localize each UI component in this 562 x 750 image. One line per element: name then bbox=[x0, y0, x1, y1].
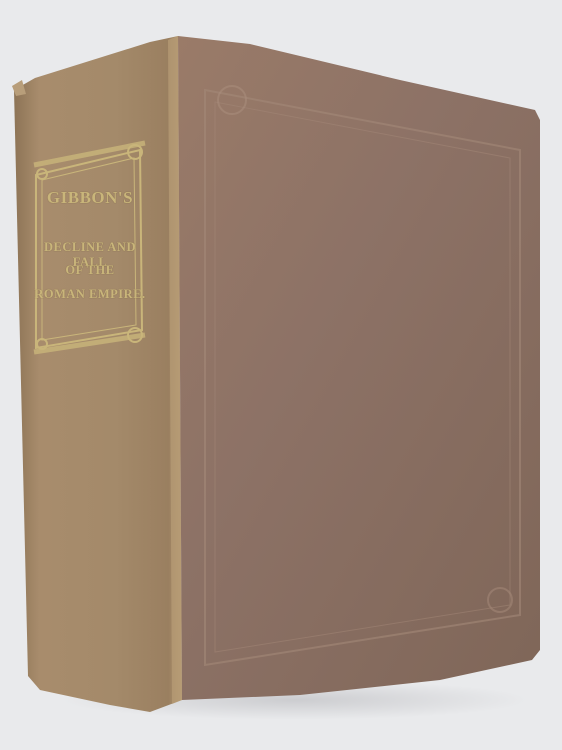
book-spine bbox=[14, 36, 182, 712]
book-front-cover bbox=[178, 36, 540, 700]
book-illustration bbox=[0, 0, 562, 750]
book-photo: GIBBON'S DECLINE AND FALL OF THE ROMAN E… bbox=[0, 0, 562, 750]
spine-title: GIBBON'S DECLINE AND FALL OF THE ROMAN E… bbox=[30, 150, 150, 350]
spine-title-line4: ROMAN EMPIRE. bbox=[30, 287, 150, 302]
spine-title-line3: OF THE bbox=[30, 263, 150, 278]
spine-title-line1: GIBBON'S bbox=[30, 188, 150, 208]
